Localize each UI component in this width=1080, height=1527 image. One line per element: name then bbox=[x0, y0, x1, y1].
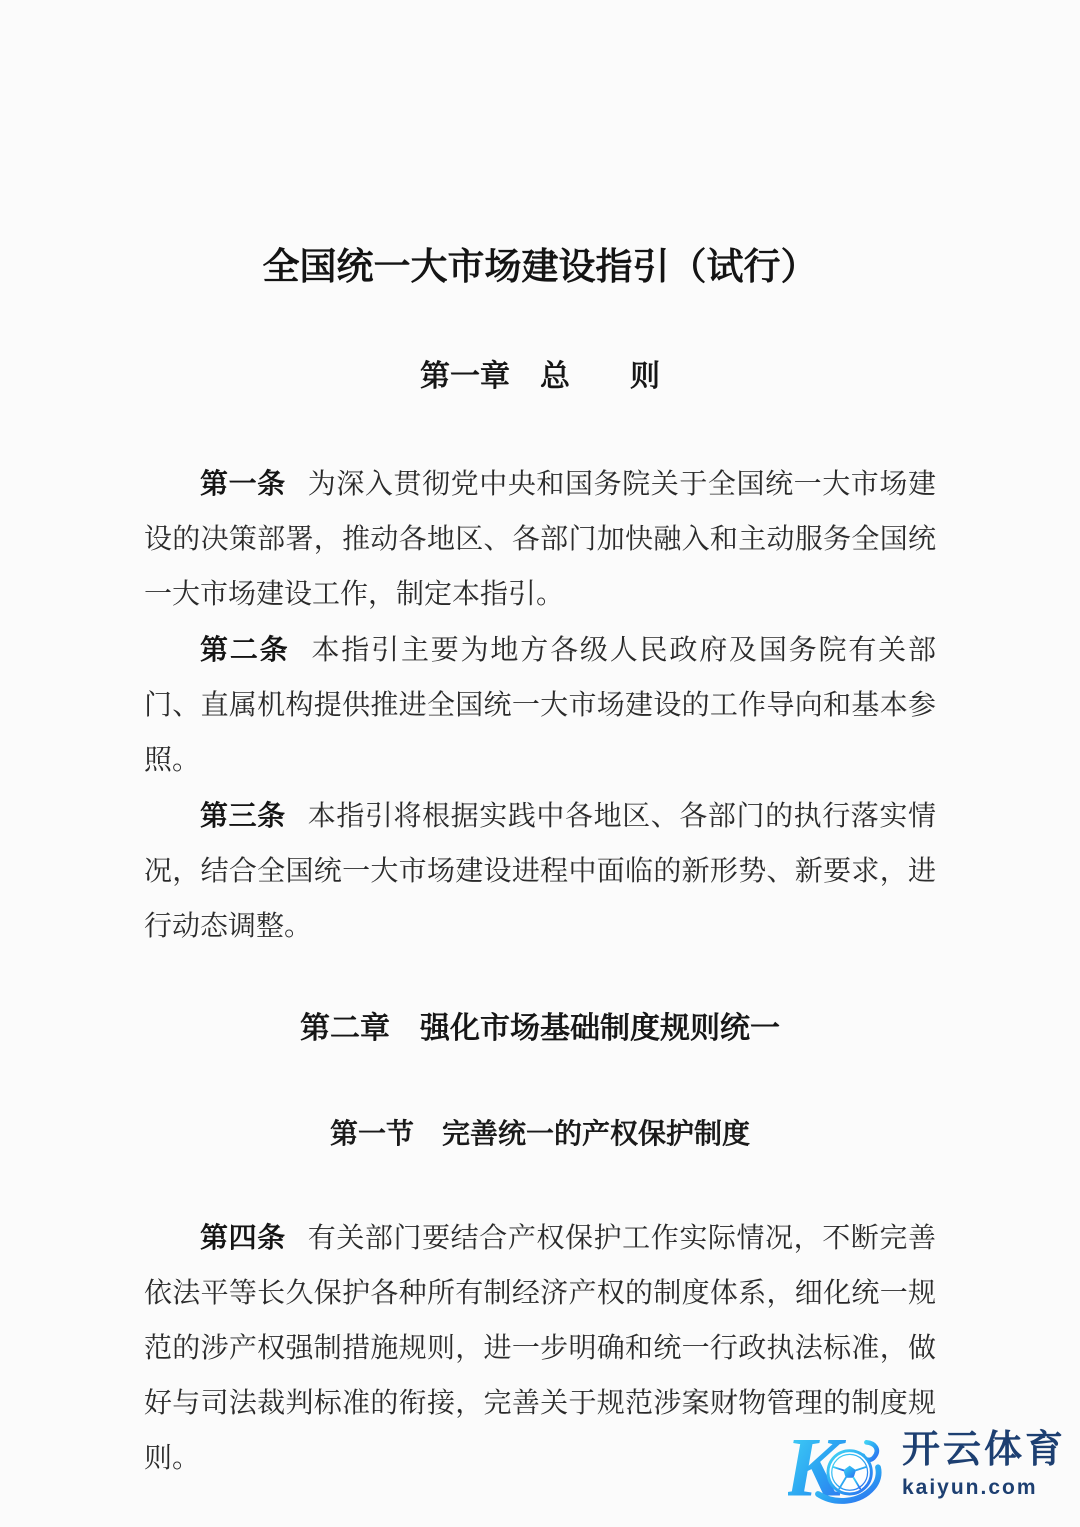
soccer-ball-icon bbox=[828, 1451, 871, 1494]
kaiyun-logo-icon: K bbox=[788, 1421, 888, 1507]
chapter-1-heading: 第一章 总 则 bbox=[144, 358, 936, 396]
kaiyun-watermark: K 开云体育 kaiyun.com bbox=[788, 1421, 1066, 1507]
watermark-text: 开云体育 kaiyun.com bbox=[902, 1431, 1066, 1498]
document-page: 全国统一大市场建设指引（试行） 第一章 总 则 第一条为深入贯彻党中央和国务院关… bbox=[0, 0, 1080, 1527]
article-2-label: 第二条 bbox=[200, 634, 289, 665]
article-3: 第三条本指引将根据实践中各地区、各部门的执行落实情况，结合全国统一大市场建设进程… bbox=[144, 788, 936, 954]
chapter-1-body: 第一条为深入贯彻党中央和国务院关于全国统一大市场建设的决策部署，推动各地区、各部… bbox=[144, 456, 936, 954]
chapter-2-heading: 第二章 强化市场基础制度规则统一 bbox=[144, 1010, 936, 1048]
document-title: 全国统一大市场建设指引（试行） bbox=[144, 246, 936, 290]
brand-name: 开云体育 bbox=[902, 1431, 1066, 1469]
article-2: 第二条本指引主要为地方各级人民政府及国务院有关部门、直属机构提供推进全国统一大市… bbox=[144, 622, 936, 788]
article-3-label: 第三条 bbox=[200, 800, 286, 831]
article-1-label: 第一条 bbox=[200, 468, 286, 499]
article-1: 第一条为深入贯彻党中央和国务院关于全国统一大市场建设的决策部署，推动各地区、各部… bbox=[144, 456, 936, 622]
brand-domain: kaiyun.com bbox=[902, 1477, 1038, 1498]
section-1-heading: 第一节 完善统一的产权保护制度 bbox=[144, 1116, 936, 1152]
article-4-label: 第四条 bbox=[200, 1222, 286, 1253]
